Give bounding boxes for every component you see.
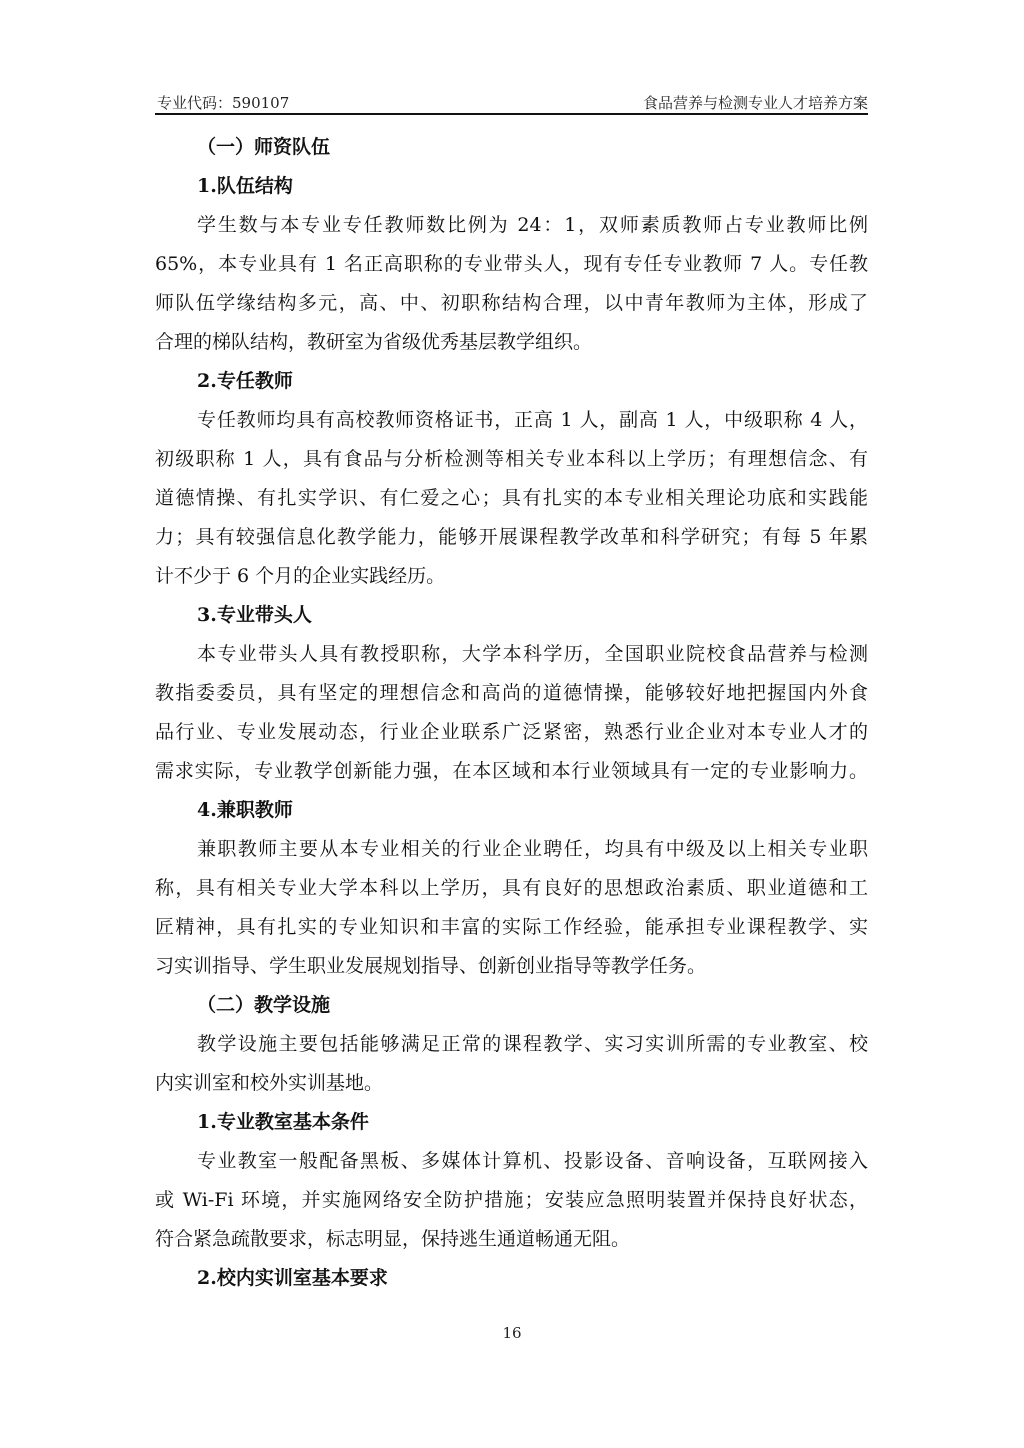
header-document-title: 食品营养与检测专业人才培养方案: [643, 92, 868, 113]
subheading-program-leader: 3.专业带头人: [155, 596, 868, 635]
page-number: 16: [0, 1324, 1024, 1342]
paragraph-line: 品行业、专业发展动态，行业企业联系广泛紧密，熟悉行业企业对本专业人才的: [155, 713, 868, 752]
paragraph-line: 专业教室一般配备黑板、多媒体计算机、投影设备、音响设备，互联网接入: [155, 1142, 868, 1181]
running-header: 专业代码：590107 食品营养与检测专业人才培养方案: [155, 88, 868, 114]
paragraph-line: 力；具有较强信息化教学能力，能够开展课程教学改革和科学研究；有每 5 年累: [155, 518, 868, 557]
paragraph-line: 本专业带头人具有教授职称，大学本科学历，全国职业院校食品营养与检测: [155, 635, 868, 674]
subheading-oncampus-labs: 2.校内实训室基本要求: [155, 1259, 868, 1298]
paragraph-line: 称，具有相关专业大学本科以上学历，具有良好的思想政治素质、职业道德和工: [155, 869, 868, 908]
paragraph-line: 初级职称 1 人，具有食品与分析检测等相关专业本科以上学历；有理想信念、有: [155, 440, 868, 479]
paragraph-line: 学生数与本专业专任教师数比例为 24：1，双师素质教师占专业教师比例: [155, 206, 868, 245]
paragraph-line: 或 Wi-Fi 环境，并实施网络安全防护措施；安装应急照明装置并保持良好状态，: [155, 1181, 868, 1220]
paragraph-line: 合理的梯队结构，教研室为省级优秀基层教学组织。: [155, 323, 868, 362]
subheading-fulltime-teachers: 2.专任教师: [155, 362, 868, 401]
paragraph-line: 需求实际，专业教学创新能力强，在本区域和本行业领域具有一定的专业影响力。: [155, 752, 868, 791]
paragraph-line: 专任教师均具有高校教师资格证书，正高 1 人，副高 1 人，中级职称 4 人，: [155, 401, 868, 440]
paragraph-line: 符合紧急疏散要求，标志明显，保持逃生通道畅通无阻。: [155, 1220, 868, 1259]
paragraph-line: 匠精神，具有扎实的专业知识和丰富的实际工作经验，能承担专业课程教学、实: [155, 908, 868, 947]
paragraph-line: 教指委委员，具有坚定的理想信念和高尚的道德情操，能够较好地把握国内外食: [155, 674, 868, 713]
subheading-team-structure: 1.队伍结构: [155, 167, 868, 206]
section-heading-facilities: （二）教学设施: [155, 986, 868, 1025]
paragraph-line: 道德情操、有扎实学识、有仁爱之心；具有扎实的本专业相关理论功底和实践能: [155, 479, 868, 518]
paragraph-line: 内实训室和校外实训基地。: [155, 1064, 868, 1103]
section-heading-faculty: （一）师资队伍: [155, 128, 868, 167]
subheading-classroom-conditions: 1.专业教室基本条件: [155, 1103, 868, 1142]
document-body: （一）师资队伍 1.队伍结构 学生数与本专业专任教师数比例为 24：1，双师素质…: [155, 128, 868, 1298]
paragraph-line: 计不少于 6 个月的企业实践经历。: [155, 557, 868, 596]
subheading-parttime-teachers: 4.兼职教师: [155, 791, 868, 830]
document-page: 专业代码：590107 食品营养与检测专业人才培养方案 （一）师资队伍 1.队伍…: [0, 0, 1024, 1448]
header-major-code: 专业代码：590107: [157, 92, 289, 113]
header-divider: [155, 113, 868, 115]
paragraph-line: 65%，本专业具有 1 名正高职称的专业带头人，现有专任专业教师 7 人。专任教: [155, 245, 868, 284]
paragraph-line: 兼职教师主要从本专业相关的行业企业聘任，均具有中级及以上相关专业职: [155, 830, 868, 869]
paragraph-line: 教学设施主要包括能够满足正常的课程教学、实习实训所需的专业教室、校: [155, 1025, 868, 1064]
paragraph-line: 习实训指导、学生职业发展规划指导、创新创业指导等教学任务。: [155, 947, 868, 986]
paragraph-line: 师队伍学缘结构多元，高、中、初职称结构合理，以中青年教师为主体，形成了: [155, 284, 868, 323]
